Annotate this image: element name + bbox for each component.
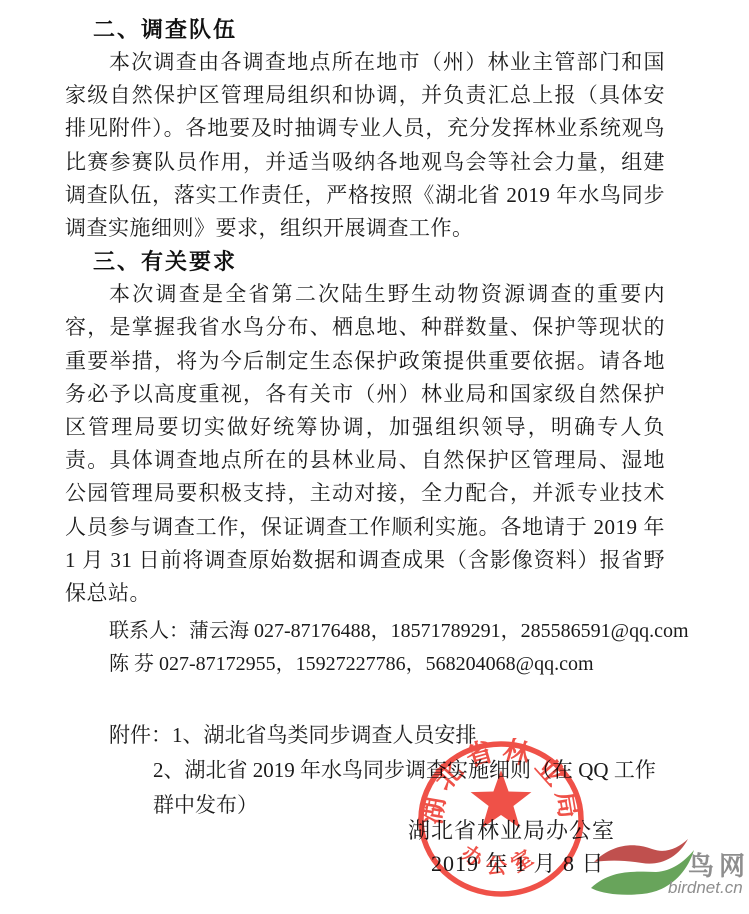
attachment-row-1: 附件：1、湖北省鸟类同步调查人员安排: [65, 718, 665, 753]
section-heading-survey-team: 二、调查队伍: [93, 13, 665, 46]
attachment-row-2: 2、湖北省 2019 年水鸟同步调查实施细则（在 QQ 工作群中发布）: [65, 753, 665, 823]
birdnet-logo: 鸟网 birdnet.cn: [590, 836, 749, 908]
attachment-item-2: 2、湖北省 2019 年水鸟同步调查实施细则（在 QQ 工作群中发布）: [153, 758, 656, 817]
attachment-block: 附件：1、湖北省鸟类同步调查人员安排 2、湖北省 2019 年水鸟同步调查实施细…: [65, 718, 665, 823]
section-heading-requirements: 三、有关要求: [93, 245, 665, 278]
contact-line-2: 陈 芬 027-87172955，15927227786，568204068@q…: [65, 648, 665, 681]
attachment-label: 附件：: [109, 723, 172, 747]
contact-line-1: 联系人：蒲云海 027-87176488，18571789291，2855865…: [65, 615, 665, 648]
paragraph-requirements: 本次调查是全省第二次陆生野生动物资源调查的重要内容，是掌握我省水鸟分布、栖息地、…: [65, 278, 665, 610]
document-body: 二、调查队伍 本次调查由各调查地点所在地市（州）林业主管部门和国家级自然保护区管…: [65, 13, 665, 823]
birdnet-logo-domain-text: birdnet.cn: [668, 878, 743, 898]
paragraph-survey-team: 本次调查由各调查地点所在地市（州）林业主管部门和国家级自然保护区管理局组织和协调…: [65, 46, 665, 245]
document-page: 二、调查队伍 本次调查由各调查地点所在地市（州）林业主管部门和国家级自然保护区管…: [0, 0, 749, 914]
contact-block: 联系人：蒲云海 027-87176488，18571789291，2855865…: [65, 615, 665, 681]
attachment-item-1: 1、湖北省鸟类同步调查人员安排: [172, 723, 477, 747]
signature-org: 湖北省林业局办公室: [408, 814, 615, 845]
signature-date: 2019 年 1 月 8 日: [431, 847, 605, 878]
